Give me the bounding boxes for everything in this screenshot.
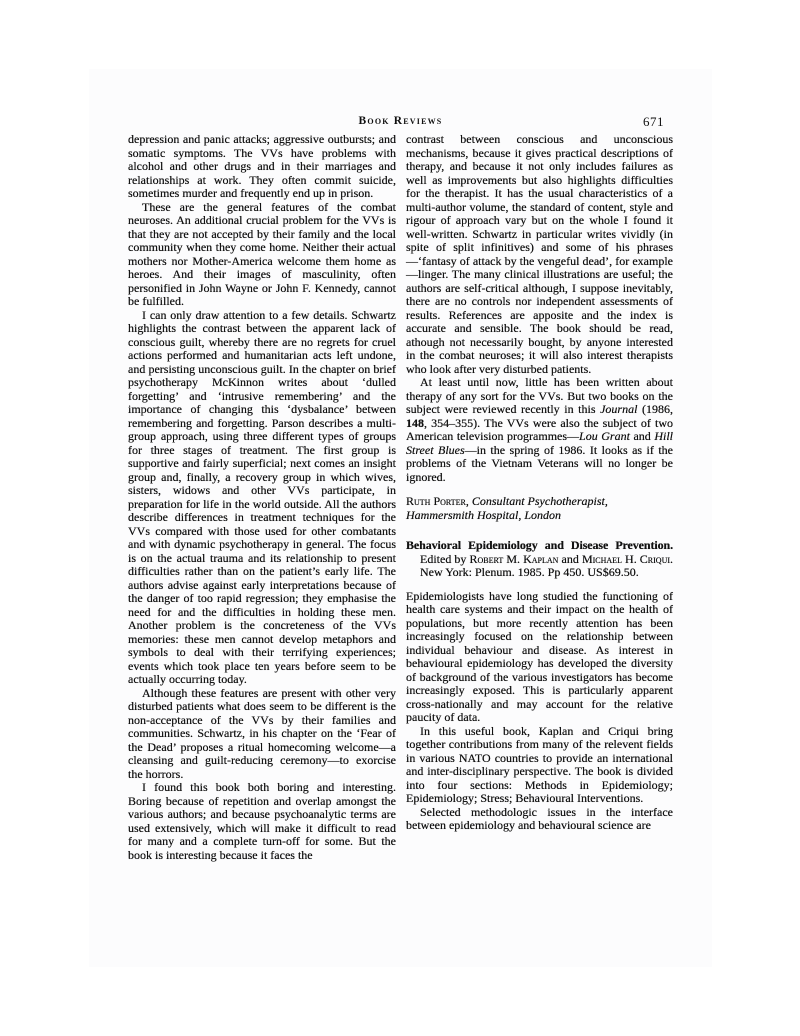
page-number: 671	[643, 114, 664, 130]
paragraph: Although these features are present with…	[128, 687, 396, 782]
right-column: contrast between conscious and unconscio…	[406, 133, 673, 833]
reviewer-signature: Ruth Porter, Consultant Psychotherapist,…	[406, 495, 673, 522]
tv-programme-italic: Lou Grant	[579, 429, 630, 443]
paragraph: I can only draw attention to a few detai…	[128, 309, 396, 687]
paragraph: I found this book both boring and intere…	[128, 781, 396, 862]
book-title-bold: Behavioral Epidemiology and Disease Prev…	[406, 538, 673, 552]
reviewer-name: Ruth Porter	[406, 494, 466, 508]
journal-title-italic: Journal	[600, 402, 637, 416]
text-run: and	[558, 552, 582, 566]
volume-number-bold: 148	[406, 416, 424, 430]
book-review-title: Behavioral Epidemiology and Disease Prev…	[406, 539, 673, 553]
journal-page: Book Reviews 671 depression and panic at…	[0, 0, 800, 1036]
left-column: depression and panic attacks; aggressive…	[128, 133, 396, 862]
text-run: and	[630, 429, 654, 443]
paragraph-continuation: depression and panic attacks; aggressive…	[128, 133, 396, 201]
paragraph: Epidemiologists have long studied the fu…	[406, 590, 673, 725]
running-head: Book Reviews 671	[128, 115, 673, 129]
paragraph: These are the general features of the co…	[128, 201, 396, 309]
paragraph-continuation: Selected methodologic issues in the inte…	[406, 806, 673, 833]
page-title: Book Reviews	[128, 115, 673, 127]
editor-name: Michael H. Criqui	[582, 552, 670, 566]
book-review-citation: Edited by Robert M. Kaplan and Michael H…	[406, 553, 673, 580]
paragraph-continuation: contrast between conscious and unconscio…	[406, 133, 673, 376]
paragraph: In this useful book, Kaplan and Criqui b…	[406, 725, 673, 806]
editor-name: Robert M. Kaplan	[470, 552, 559, 566]
paragraph: At least until now, little has been writ…	[406, 376, 673, 484]
text-run: Edited by	[420, 552, 470, 566]
text-run: (1986,	[637, 402, 673, 416]
